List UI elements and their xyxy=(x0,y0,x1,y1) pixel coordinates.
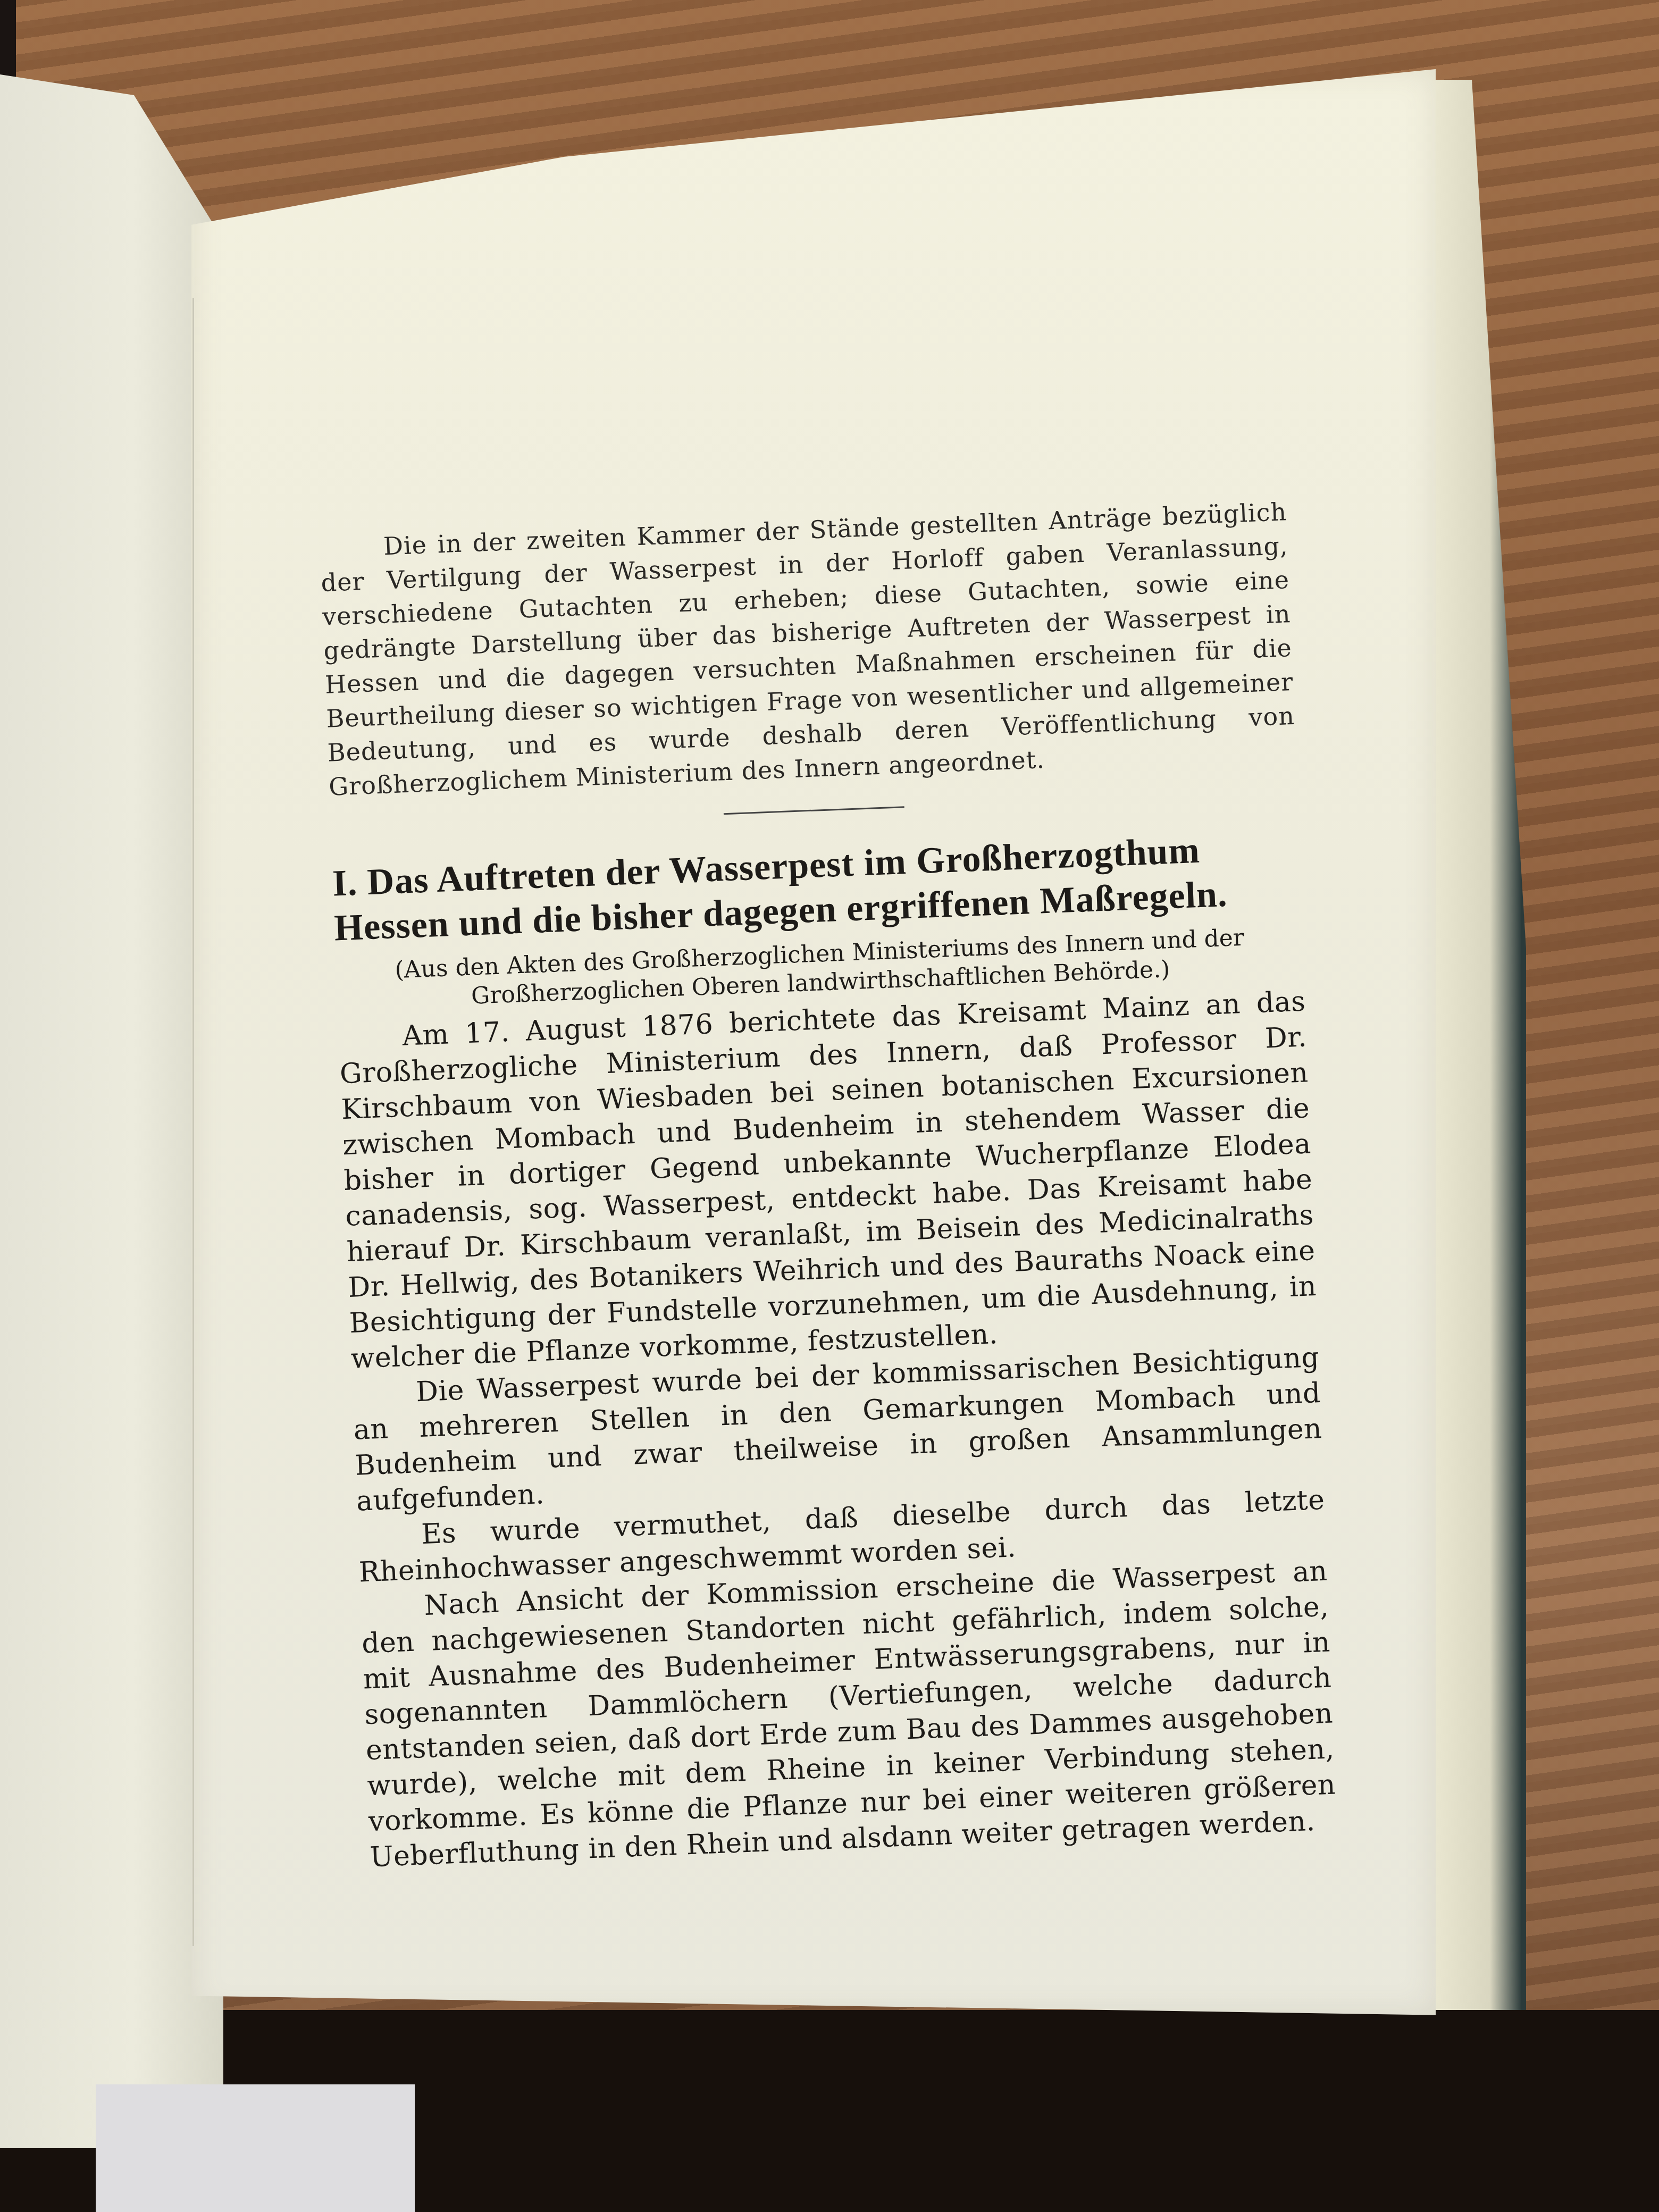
bookmark-strip xyxy=(96,2084,415,2212)
page-text: Die in der zweiten Kammer der Stände ges… xyxy=(319,495,1338,1875)
body-paragraph: Nach Ansicht der Kommission erscheine di… xyxy=(360,1554,1338,1875)
body-paragraph: Am 17. August 1876 berichtete das Kreisa… xyxy=(338,984,1318,1377)
page-stack-edge xyxy=(1436,80,1526,2010)
left-page xyxy=(0,74,223,2148)
intro-paragraph: Die in der zweiten Kammer der Stände ges… xyxy=(319,495,1296,803)
divider xyxy=(724,806,904,815)
binding-stitches xyxy=(192,298,194,1946)
